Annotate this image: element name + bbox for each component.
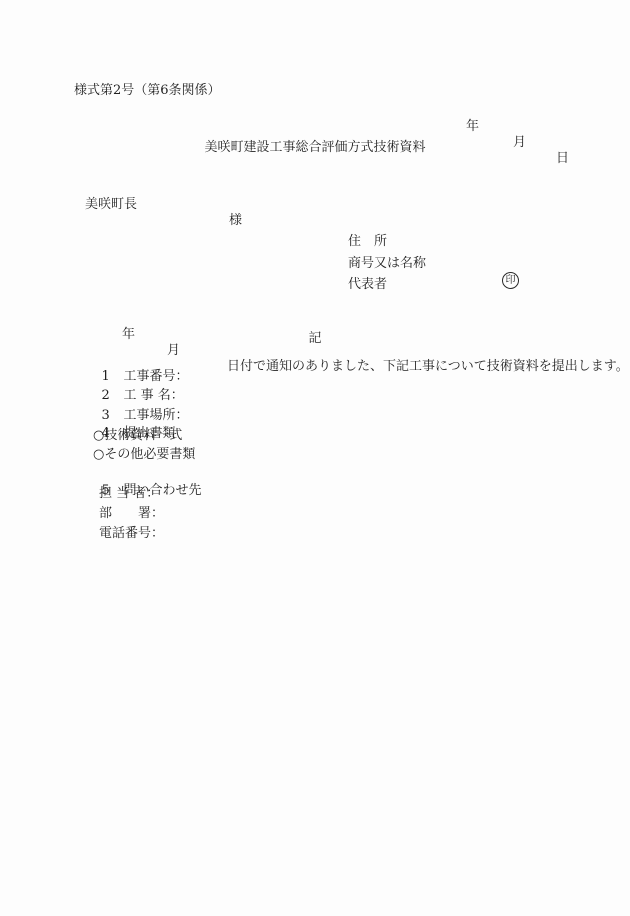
form-number: 様式第2号（第6条関係） xyxy=(74,83,221,99)
contact-phone-label: 電話番号： xyxy=(99,526,164,542)
submitted-doc-technical-materials: ○技術資料一式 xyxy=(93,428,182,444)
date-year-label: 年 xyxy=(466,119,479,135)
applicant-address-label: 住 所 xyxy=(348,234,387,250)
notice-line: 年 月 日付で通知のありました、下記工事について技術資料を提出します。 xyxy=(0,311,630,327)
seal-mark-text: 印 xyxy=(506,276,516,286)
contact-person-label: 担 当 者： xyxy=(99,486,159,502)
addressee-name: 美咲町長 xyxy=(85,197,137,213)
contact-department-label: 部 署： xyxy=(99,506,164,522)
addressee-honorific: 様 xyxy=(229,213,242,229)
date-line: 年 月 日 xyxy=(0,103,630,119)
document-page: 様式第2号（第6条関係） 年 月 日 美咲町建設工事総合評価方式技術資料 美咲町… xyxy=(0,0,630,916)
applicant-trade-name-label: 商号又は名称 xyxy=(348,256,426,272)
seal-icon: 印 xyxy=(502,272,519,289)
document-title: 美咲町建設工事総合評価方式技術資料 xyxy=(0,140,630,156)
notice-text: 日付で通知のありました、下記工事について技術資料を提出します。 xyxy=(227,359,629,375)
applicant-representative-label: 代表者 xyxy=(348,277,387,293)
submitted-doc-other-required: ○その他必要書類 xyxy=(93,447,195,463)
record-marker: 記 xyxy=(0,331,630,347)
addressee-line: 美咲町長 様 xyxy=(0,181,630,197)
